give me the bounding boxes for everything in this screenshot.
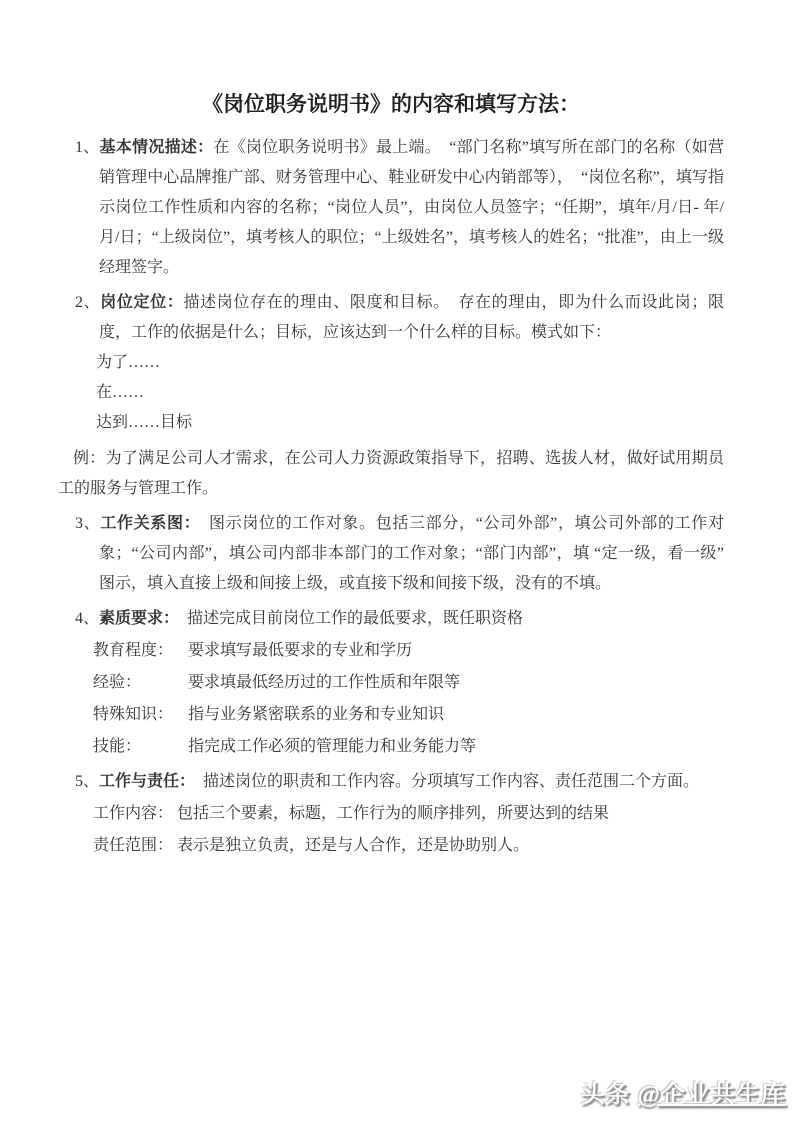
item-text: 描述完成目前岗位工作的最低要求，既任职资格 xyxy=(171,610,523,627)
pattern-line: 为了…… xyxy=(58,348,724,378)
sub-item-education: 教育程度：要求填写最低要求的专业和学历 xyxy=(58,636,724,666)
sub-item-skills: 技能：指完成工作必须的管理能力和业务能力等 xyxy=(58,732,724,762)
item-text: 图示岗位的工作对象。包括三部分，“公司外部”，填公司外部的工作对象；“公司内部”… xyxy=(99,515,724,592)
sub-item-text: 要求填写最低要求的专业和学历 xyxy=(188,642,412,659)
example-paragraph: 例：为了满足公司人才需求，在公司人力资源政策指导下，招聘、选拔人材，做好试用期员… xyxy=(58,444,724,504)
item-number: 3、 xyxy=(75,515,100,532)
sub-item-responsibility-scope: 责任范围：表示是独立负责，还是与人合作，还是协助别人。 xyxy=(58,831,724,861)
item-paragraph: 1、基本情况描述：在《岗位职务说明书》最上端。 “部门名称”填写所在部门的名称（… xyxy=(58,133,724,283)
document-content: 《岗位职务说明书》的内容和填写方法： 1、基本情况描述：在《岗位职务说明书》最上… xyxy=(0,0,794,861)
item-text: 描述岗位的职责和工作内容。分项填写工作内容、责任范围二个方面。 xyxy=(187,773,699,790)
sub-item-label: 教育程度： xyxy=(93,636,188,666)
item-number: 1、 xyxy=(75,139,100,156)
pattern-line: 在…… xyxy=(58,378,724,408)
pattern-line: 达到……目标 xyxy=(58,408,724,438)
sub-item-text: 指完成工作必须的管理能力和业务能力等 xyxy=(188,738,476,755)
sub-item-text: 指与业务紧密联系的业务和专业知识 xyxy=(188,706,444,723)
watermark-account: @企业共生库 xyxy=(638,1082,786,1108)
item-label: 岗位定位： xyxy=(100,294,183,311)
list-item-position-definition: 2、岗位定位：描述岗位存在的理由、限度和目标。 存在的理由，即为什么而设此岗；限… xyxy=(58,288,724,504)
page-title: 《岗位职务说明书》的内容和填写方法： xyxy=(58,88,724,121)
sub-item-text: 要求填最低经历过的工作性质和年限等 xyxy=(188,674,460,691)
watermark: 头条 @企业共生库 xyxy=(581,1074,786,1109)
item-text: 描述岗位存在的理由、限度和目标。 存在的理由，即为什么而设此岗；限度，工作的依据… xyxy=(99,294,724,341)
sub-item-special-knowledge: 特殊知识：指与业务紧密联系的业务和专业知识 xyxy=(58,700,724,730)
list-item-basic-info: 1、基本情况描述：在《岗位职务说明书》最上端。 “部门名称”填写所在部门的名称（… xyxy=(58,133,724,283)
sub-item-label: 技能： xyxy=(93,732,188,762)
item-paragraph: 4、素质要求： 描述完成目前岗位工作的最低要求，既任职资格 xyxy=(58,604,724,634)
item-text: 在《岗位职务说明书》最上端。 “部门名称”填写所在部门的名称（如营销管理中心品牌… xyxy=(99,139,724,276)
sub-item-label: 责任范围： xyxy=(93,831,177,861)
item-label: 工作关系图： xyxy=(100,515,192,532)
item-paragraph: 2、岗位定位：描述岗位存在的理由、限度和目标。 存在的理由，即为什么而设此岗；限… xyxy=(58,288,724,348)
item-number: 5、 xyxy=(75,773,99,790)
list-item-work-relation-chart: 3、工作关系图： 图示岗位的工作对象。包括三部分，“公司外部”，填公司外部的工作… xyxy=(58,509,724,599)
watermark-prefix: 头条 xyxy=(581,1082,638,1108)
list-item-work-and-responsibility: 5、工作与责任： 描述岗位的职责和工作内容。分项填写工作内容、责任范围二个方面。… xyxy=(58,767,724,861)
item-label: 素质要求： xyxy=(99,610,171,627)
item-paragraph: 3、工作关系图： 图示岗位的工作对象。包括三部分，“公司外部”，填公司外部的工作… xyxy=(58,509,724,599)
document-page: 《岗位职务说明书》的内容和填写方法： 1、基本情况描述：在《岗位职务说明书》最上… xyxy=(0,0,794,1123)
item-label: 基本情况描述： xyxy=(100,139,214,156)
item-number: 2、 xyxy=(75,294,100,311)
sub-item-label: 经验： xyxy=(93,668,188,698)
item-paragraph: 5、工作与责任： 描述岗位的职责和工作内容。分项填写工作内容、责任范围二个方面。 xyxy=(58,767,724,797)
item-number: 4、 xyxy=(75,610,99,627)
sub-item-text: 包括三个要素，标题，工作行为的顺序排列，所要达到的结果 xyxy=(177,805,609,822)
sub-item-work-content: 工作内容：包括三个要素，标题，工作行为的顺序排列，所要达到的结果 xyxy=(58,799,724,829)
list-item-quality-requirements: 4、素质要求： 描述完成目前岗位工作的最低要求，既任职资格 教育程度：要求填写最… xyxy=(58,604,724,762)
sub-item-label: 特殊知识： xyxy=(93,700,188,730)
sub-item-experience: 经验：要求填最低经历过的工作性质和年限等 xyxy=(58,668,724,698)
sub-item-text: 表示是独立负责，还是与人合作，还是协助别人。 xyxy=(177,837,529,854)
item-label: 工作与责任： xyxy=(99,773,187,790)
sub-item-label: 工作内容： xyxy=(93,799,177,829)
